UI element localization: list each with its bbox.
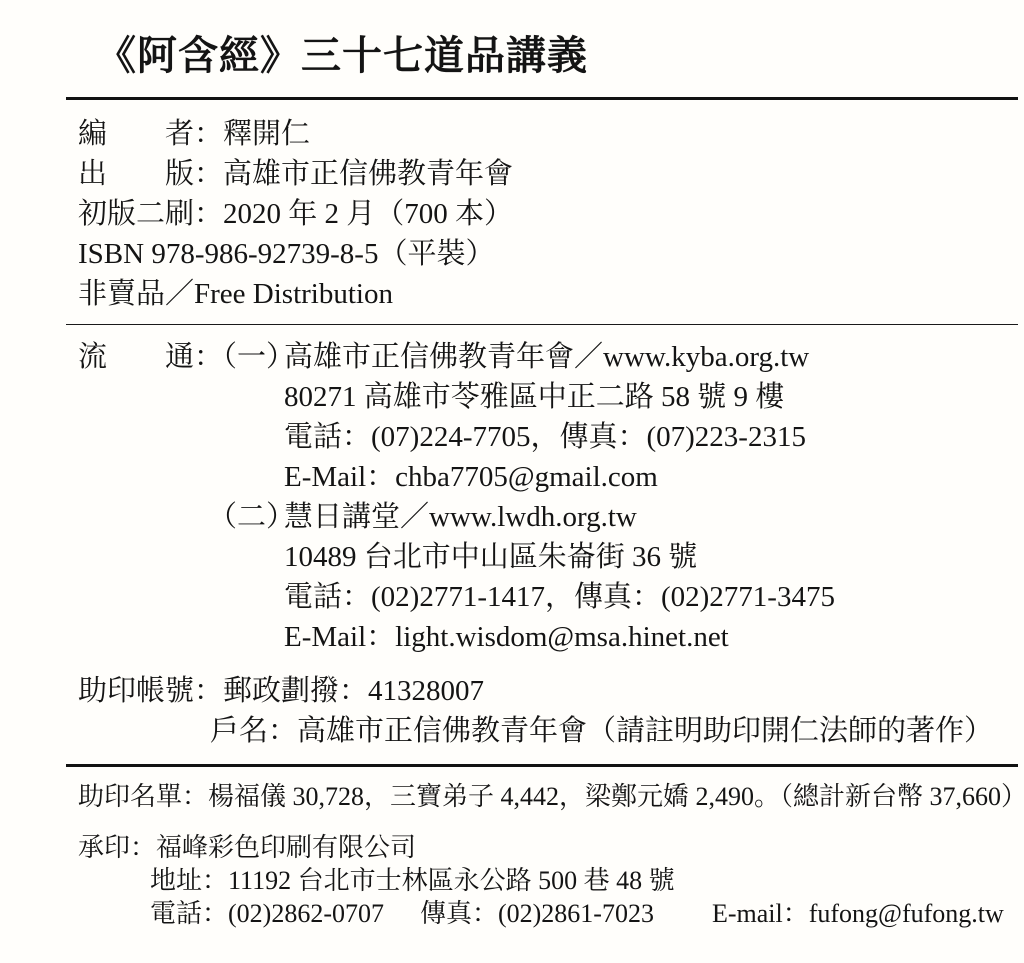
distribution-line-2: （二）慧日講堂／www.lwdh.org.tw xyxy=(78,497,1018,537)
free-distribution-line: 非賣品／Free Distribution xyxy=(78,274,1018,314)
location-2-name: 慧日講堂／www.lwdh.org.tw xyxy=(284,501,637,533)
location-2-address: 10489 台北市中山區朱崙街 36 號 xyxy=(284,537,1018,577)
printer-address-label: 地址： xyxy=(150,866,228,895)
printer-name-line: 承印：福峰彩色印刷有限公司 xyxy=(78,831,1018,864)
publication-info: 編 者：釋開仁 出 版：高雄市正信佛教青年會 初版二刷：2020 年 2 月（7… xyxy=(66,114,1018,314)
colophon-page: 《阿含經》三十七道品講義 編 者：釋開仁 出 版：高雄市正信佛教青年會 初版二刷… xyxy=(0,0,1024,963)
isbn-line: ISBN 978-986-92739-8-5（平裝） xyxy=(78,234,1018,274)
publisher-label: 出 版： xyxy=(78,158,223,190)
editor-value: 釋開仁 xyxy=(223,118,310,150)
colophon-content: 《阿含經》三十七道品講義 編 者：釋開仁 出 版：高雄市正信佛教青年會 初版二刷… xyxy=(66,0,1018,930)
book-title: 《阿含經》三十七道品講義 xyxy=(96,30,1018,82)
donation-account-value: 郵政劃撥：41328007 xyxy=(223,675,484,707)
section-divider-1 xyxy=(66,324,1018,325)
donation-holder-label: 戶名： xyxy=(210,715,297,747)
donation-account-line: 助印帳號：郵政劃撥：41328007 xyxy=(78,671,1018,711)
section-divider-2 xyxy=(66,764,1018,767)
printer-address: 11192 台北市士林區永公路 500 巷 48 號 xyxy=(228,866,675,895)
editor-line: 編 者：釋開仁 xyxy=(78,114,1018,154)
location-1-email: E-Mail：chba7705@gmail.com xyxy=(284,457,1018,497)
location-1-name: 高雄市正信佛教青年會／www.kyba.org.tw xyxy=(284,341,809,373)
distribution-section: 流 通：（一）高雄市正信佛教青年會／www.kyba.org.tw 80271 … xyxy=(66,337,1018,657)
publisher-value: 高雄市正信佛教青年會 xyxy=(223,158,513,190)
title-divider xyxy=(66,97,1018,100)
edition-label: 初版二刷： xyxy=(78,198,223,230)
donors-line: 助印名單：楊福儀 30,728，三寶弟子 4,442，梁鄭元嬌 2,490。（總… xyxy=(66,779,1018,815)
printer-contact-line: 電話：(02)2862-0707傳真：(02)2861-7023E-mail：f… xyxy=(150,897,1018,930)
printer-section: 承印：福峰彩色印刷有限公司 地址：11192 台北市士林區永公路 500 巷 4… xyxy=(66,831,1018,930)
distribution-line-1: 流 通：（一）高雄市正信佛教青年會／www.kyba.org.tw xyxy=(78,337,1018,377)
distribution-label: 流 通： xyxy=(78,337,208,377)
location-1-phone-fax: 電話：(07)224-7705，傳真：(07)223-2315 xyxy=(284,417,1018,457)
printer-label: 承印： xyxy=(78,833,156,862)
publisher-line: 出 版：高雄市正信佛教青年會 xyxy=(78,154,1018,194)
editor-label: 編 者： xyxy=(78,118,223,150)
location-2-phone-fax: 電話：(02)2771-1417，傳真：(02)2771-3475 xyxy=(284,577,1018,617)
location-2-index: （二） xyxy=(208,497,284,537)
printer-fax: 傳真：(02)2861-7023 xyxy=(420,899,654,928)
printer-name: 福峰彩色印刷有限公司 xyxy=(156,833,416,862)
printer-phone: 電話：(02)2862-0707 xyxy=(150,899,384,928)
donation-account-label: 助印帳號： xyxy=(78,675,223,707)
location-1-index: （一） xyxy=(208,337,284,377)
location-1-address: 80271 高雄市苓雅區中正二路 58 號 9 樓 xyxy=(284,377,1018,417)
donation-holder-line: 戶名：高雄市正信佛教青年會（請註明助印開仁法師的著作） xyxy=(210,711,1018,751)
edition-line: 初版二刷：2020 年 2 月（700 本） xyxy=(78,194,1018,234)
donors-label: 助印名單： xyxy=(78,782,208,811)
printer-email: E-mail：fufong@fufong.tw xyxy=(712,899,1004,928)
location-2-email: E-Mail：light.wisdom@msa.hinet.net xyxy=(284,617,1018,657)
donation-holder-value: 高雄市正信佛教青年會（請註明助印開仁法師的著作） xyxy=(297,715,993,747)
edition-value: 2020 年 2 月（700 本） xyxy=(223,198,513,230)
donors-list: 楊福儀 30,728，三寶弟子 4,442，梁鄭元嬌 2,490。（總計新台幣 … xyxy=(208,782,1024,811)
printer-address-line: 地址：11192 台北市士林區永公路 500 巷 48 號 xyxy=(150,864,1018,897)
donation-section: 助印帳號：郵政劃撥：41328007 戶名：高雄市正信佛教青年會（請註明助印開仁… xyxy=(66,671,1018,751)
